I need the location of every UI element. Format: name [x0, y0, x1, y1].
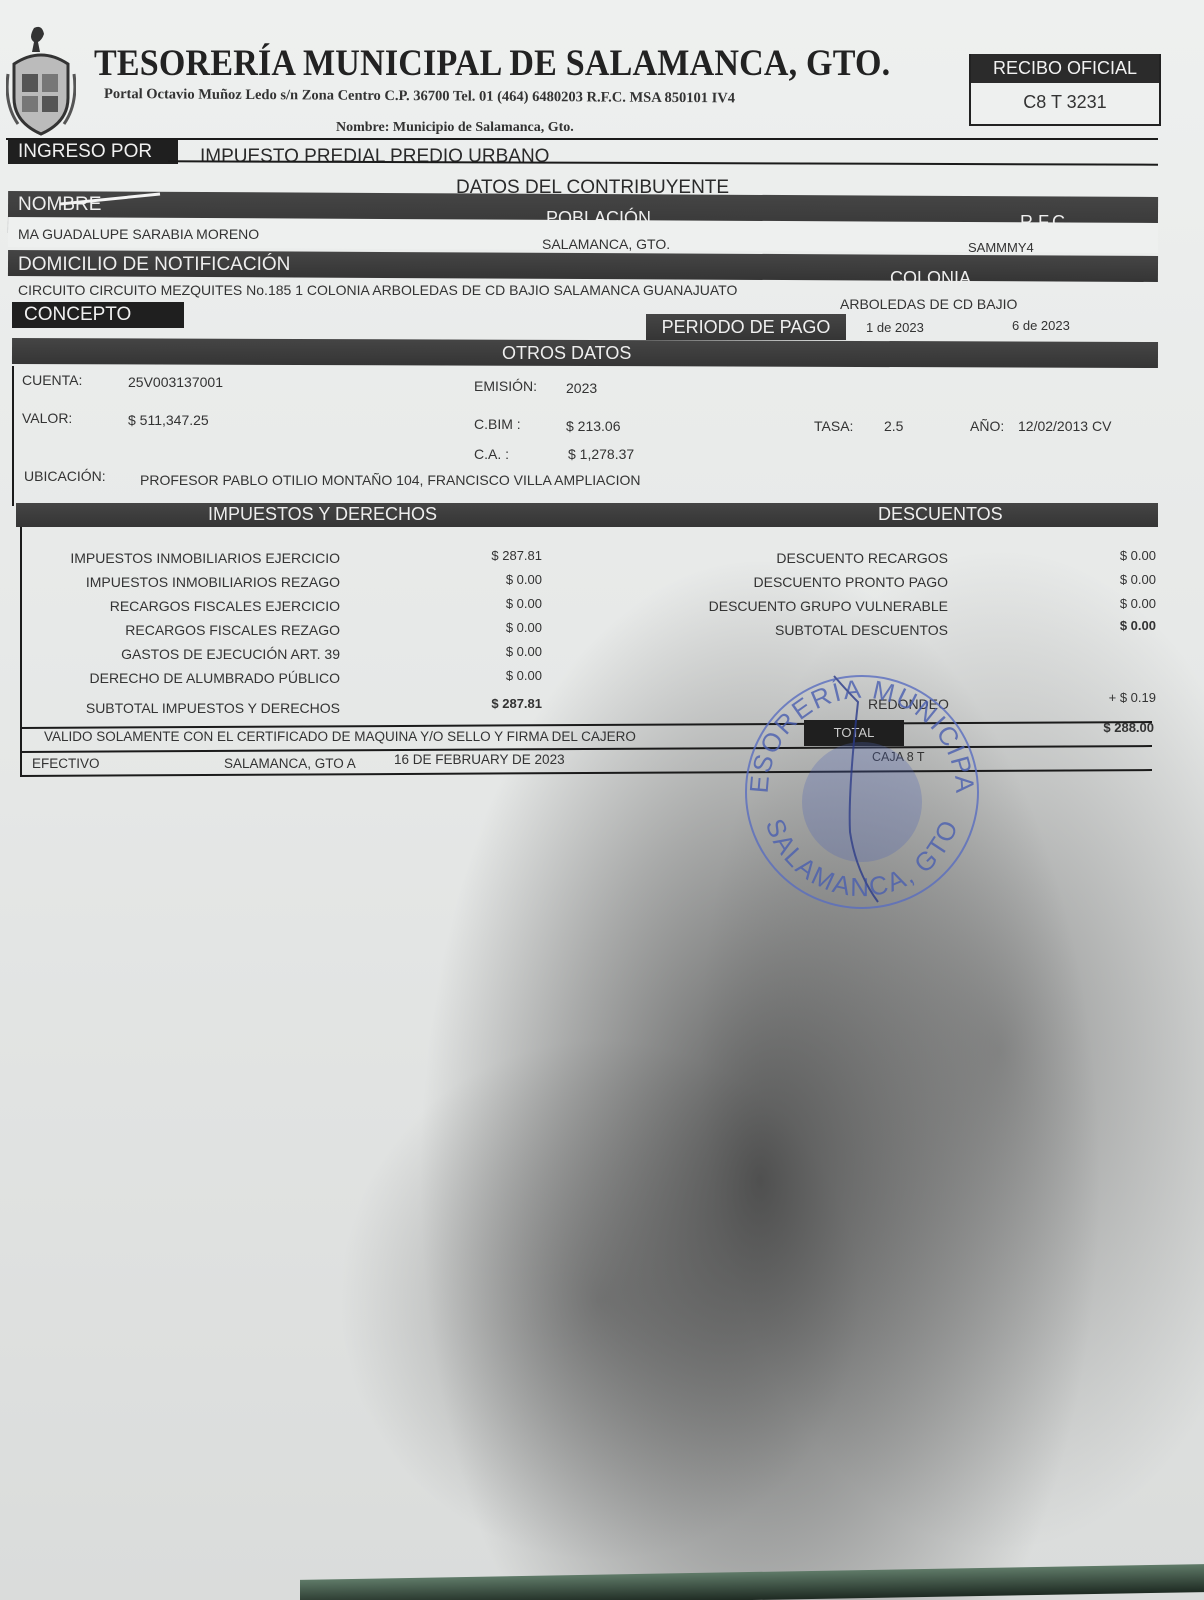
- caja: CAJA 8 T: [872, 750, 925, 764]
- subtotal-descuentos-label: SUBTOTAL DESCUENTOS: [648, 622, 948, 638]
- poblacion-value: SALAMANCA, GTO.: [542, 236, 670, 252]
- impuestos-title: IMPUESTOS Y DERECHOS: [208, 504, 437, 525]
- ca-label: C.A. :: [474, 446, 509, 462]
- treasury-title: TESORERÍA MUNICIPAL DE SALAMANCA, GTO.: [94, 42, 890, 85]
- tasa-label: TASA:: [814, 418, 853, 434]
- impuesto-row-label: IMPUESTOS INMOBILIARIOS REZAGO: [40, 574, 340, 590]
- ano-value: 12/02/2013 CV: [1018, 418, 1111, 434]
- divider: [6, 138, 1158, 140]
- total-label: TOTAL: [804, 720, 904, 746]
- impuesto-row-amount: $ 0.00: [440, 596, 542, 611]
- impuesto-row-amount: $ 0.00: [440, 572, 542, 587]
- ano-label: AÑO:: [970, 418, 1004, 434]
- total-amount: $ 288.00: [1050, 720, 1154, 735]
- official-receipt-box: RECIBO OFICIAL C8 T 3231: [969, 54, 1161, 126]
- cbim-label: C.BIM :: [474, 416, 521, 432]
- otros-datos-title: OTROS DATOS: [502, 343, 631, 364]
- impuesto-row-amount: $ 287.81: [440, 548, 542, 563]
- pen-mark: [60, 190, 170, 210]
- impuesto-row-amount: $ 0.00: [440, 644, 542, 659]
- ingreso-value: IMPUESTO PREDIAL PREDIO URBANO: [200, 146, 549, 168]
- domicilio-label: DOMICILIO DE NOTIFICACIÓN: [18, 254, 290, 276]
- fecha: 16 DE FEBRUARY DE 2023: [394, 752, 565, 767]
- descuento-row-amount: $ 0.00: [1060, 572, 1156, 587]
- periodo-label: PERIODO DE PAGO: [646, 314, 846, 340]
- impuesto-row-label: RECARGOS FISCALES EJERCICIO: [40, 598, 340, 614]
- forma-pago: EFECTIVO: [32, 756, 100, 771]
- lugar: SALAMANCA, GTO A: [224, 756, 356, 771]
- periodo-desde: 1 de 2023: [866, 320, 924, 335]
- ca-value: $ 1,278.37: [568, 446, 634, 462]
- validez-text: VALIDO SOLAMENTE CON EL CERTIFICADO DE M…: [44, 729, 636, 744]
- concepto-label: CONCEPTO: [12, 302, 184, 328]
- descuentos-title: DESCUENTOS: [878, 504, 1003, 525]
- receipt-number: C8 T 3231: [971, 83, 1159, 121]
- redondeo-amount: + $ 0.19: [1060, 690, 1156, 705]
- colonia-label: COLONIA: [890, 268, 971, 289]
- municipality-name: Nombre: Municipio de Salamanca, Gto.: [336, 120, 574, 136]
- impuesto-row-label: GASTOS DE EJECUCIÓN ART. 39: [40, 646, 340, 662]
- impuesto-row-label: DERECHO DE ALUMBRADO PÚBLICO: [40, 670, 340, 686]
- redondeo-label: REDONDEO: [868, 696, 949, 712]
- descuento-row-label: DESCUENTO PRONTO PAGO: [648, 574, 948, 590]
- border-left: [12, 366, 14, 506]
- rfc-value: SAMMMY4: [968, 240, 1034, 255]
- valor-label: VALOR:: [22, 410, 72, 426]
- impuesto-row-label: IMPUESTOS INMOBILIARIOS EJERCICIO: [40, 550, 340, 566]
- descuento-row-label: DESCUENTO GRUPO VULNERABLE: [648, 598, 948, 614]
- cuenta-label: CUENTA:: [22, 372, 82, 388]
- descuento-row-amount: $ 0.00: [1060, 548, 1156, 563]
- subtotal-impuestos-amount: $ 287.81: [440, 696, 542, 711]
- emision-label: EMISIÓN:: [474, 378, 537, 394]
- subtotal-descuentos-amount: $ 0.00: [1060, 618, 1156, 633]
- ubicacion-value: PROFESOR PABLO OTILIO MONTAÑO 104, FRANC…: [140, 472, 641, 488]
- official-receipt-label: RECIBO OFICIAL: [971, 54, 1159, 83]
- ubicacion-label: UBICACIÓN:: [24, 468, 106, 484]
- cuenta-value: 25V003137001: [128, 374, 223, 390]
- subtotal-impuestos-label: SUBTOTAL IMPUESTOS Y DERECHOS: [40, 700, 340, 716]
- valor-value: $ 511,347.25: [128, 412, 209, 428]
- emision-value: 2023: [566, 380, 597, 396]
- domicilio-value: CIRCUITO CIRCUITO MEZQUITES No.185 1 COL…: [18, 282, 737, 298]
- nombre-value: MA GUADALUPE SARABIA MORENO: [18, 226, 259, 242]
- periodo-hasta: 6 de 2023: [1012, 318, 1070, 333]
- cbim-value: $ 213.06: [566, 418, 621, 434]
- border-left: [20, 527, 22, 775]
- tasa-value: 2.5: [884, 418, 903, 434]
- ingreso-label: INGRESO POR: [8, 140, 178, 164]
- coat-of-arms-icon: [6, 24, 76, 136]
- descuento-row-label: DESCUENTO RECARGOS: [648, 550, 948, 566]
- impuesto-row-amount: $ 0.00: [440, 668, 542, 683]
- impuesto-row-label: RECARGOS FISCALES REZAGO: [40, 622, 340, 638]
- impuesto-row-amount: $ 0.00: [440, 620, 542, 635]
- colonia-value: ARBOLEDAS DE CD BAJIO: [840, 296, 1017, 312]
- descuento-row-amount: $ 0.00: [1060, 596, 1156, 611]
